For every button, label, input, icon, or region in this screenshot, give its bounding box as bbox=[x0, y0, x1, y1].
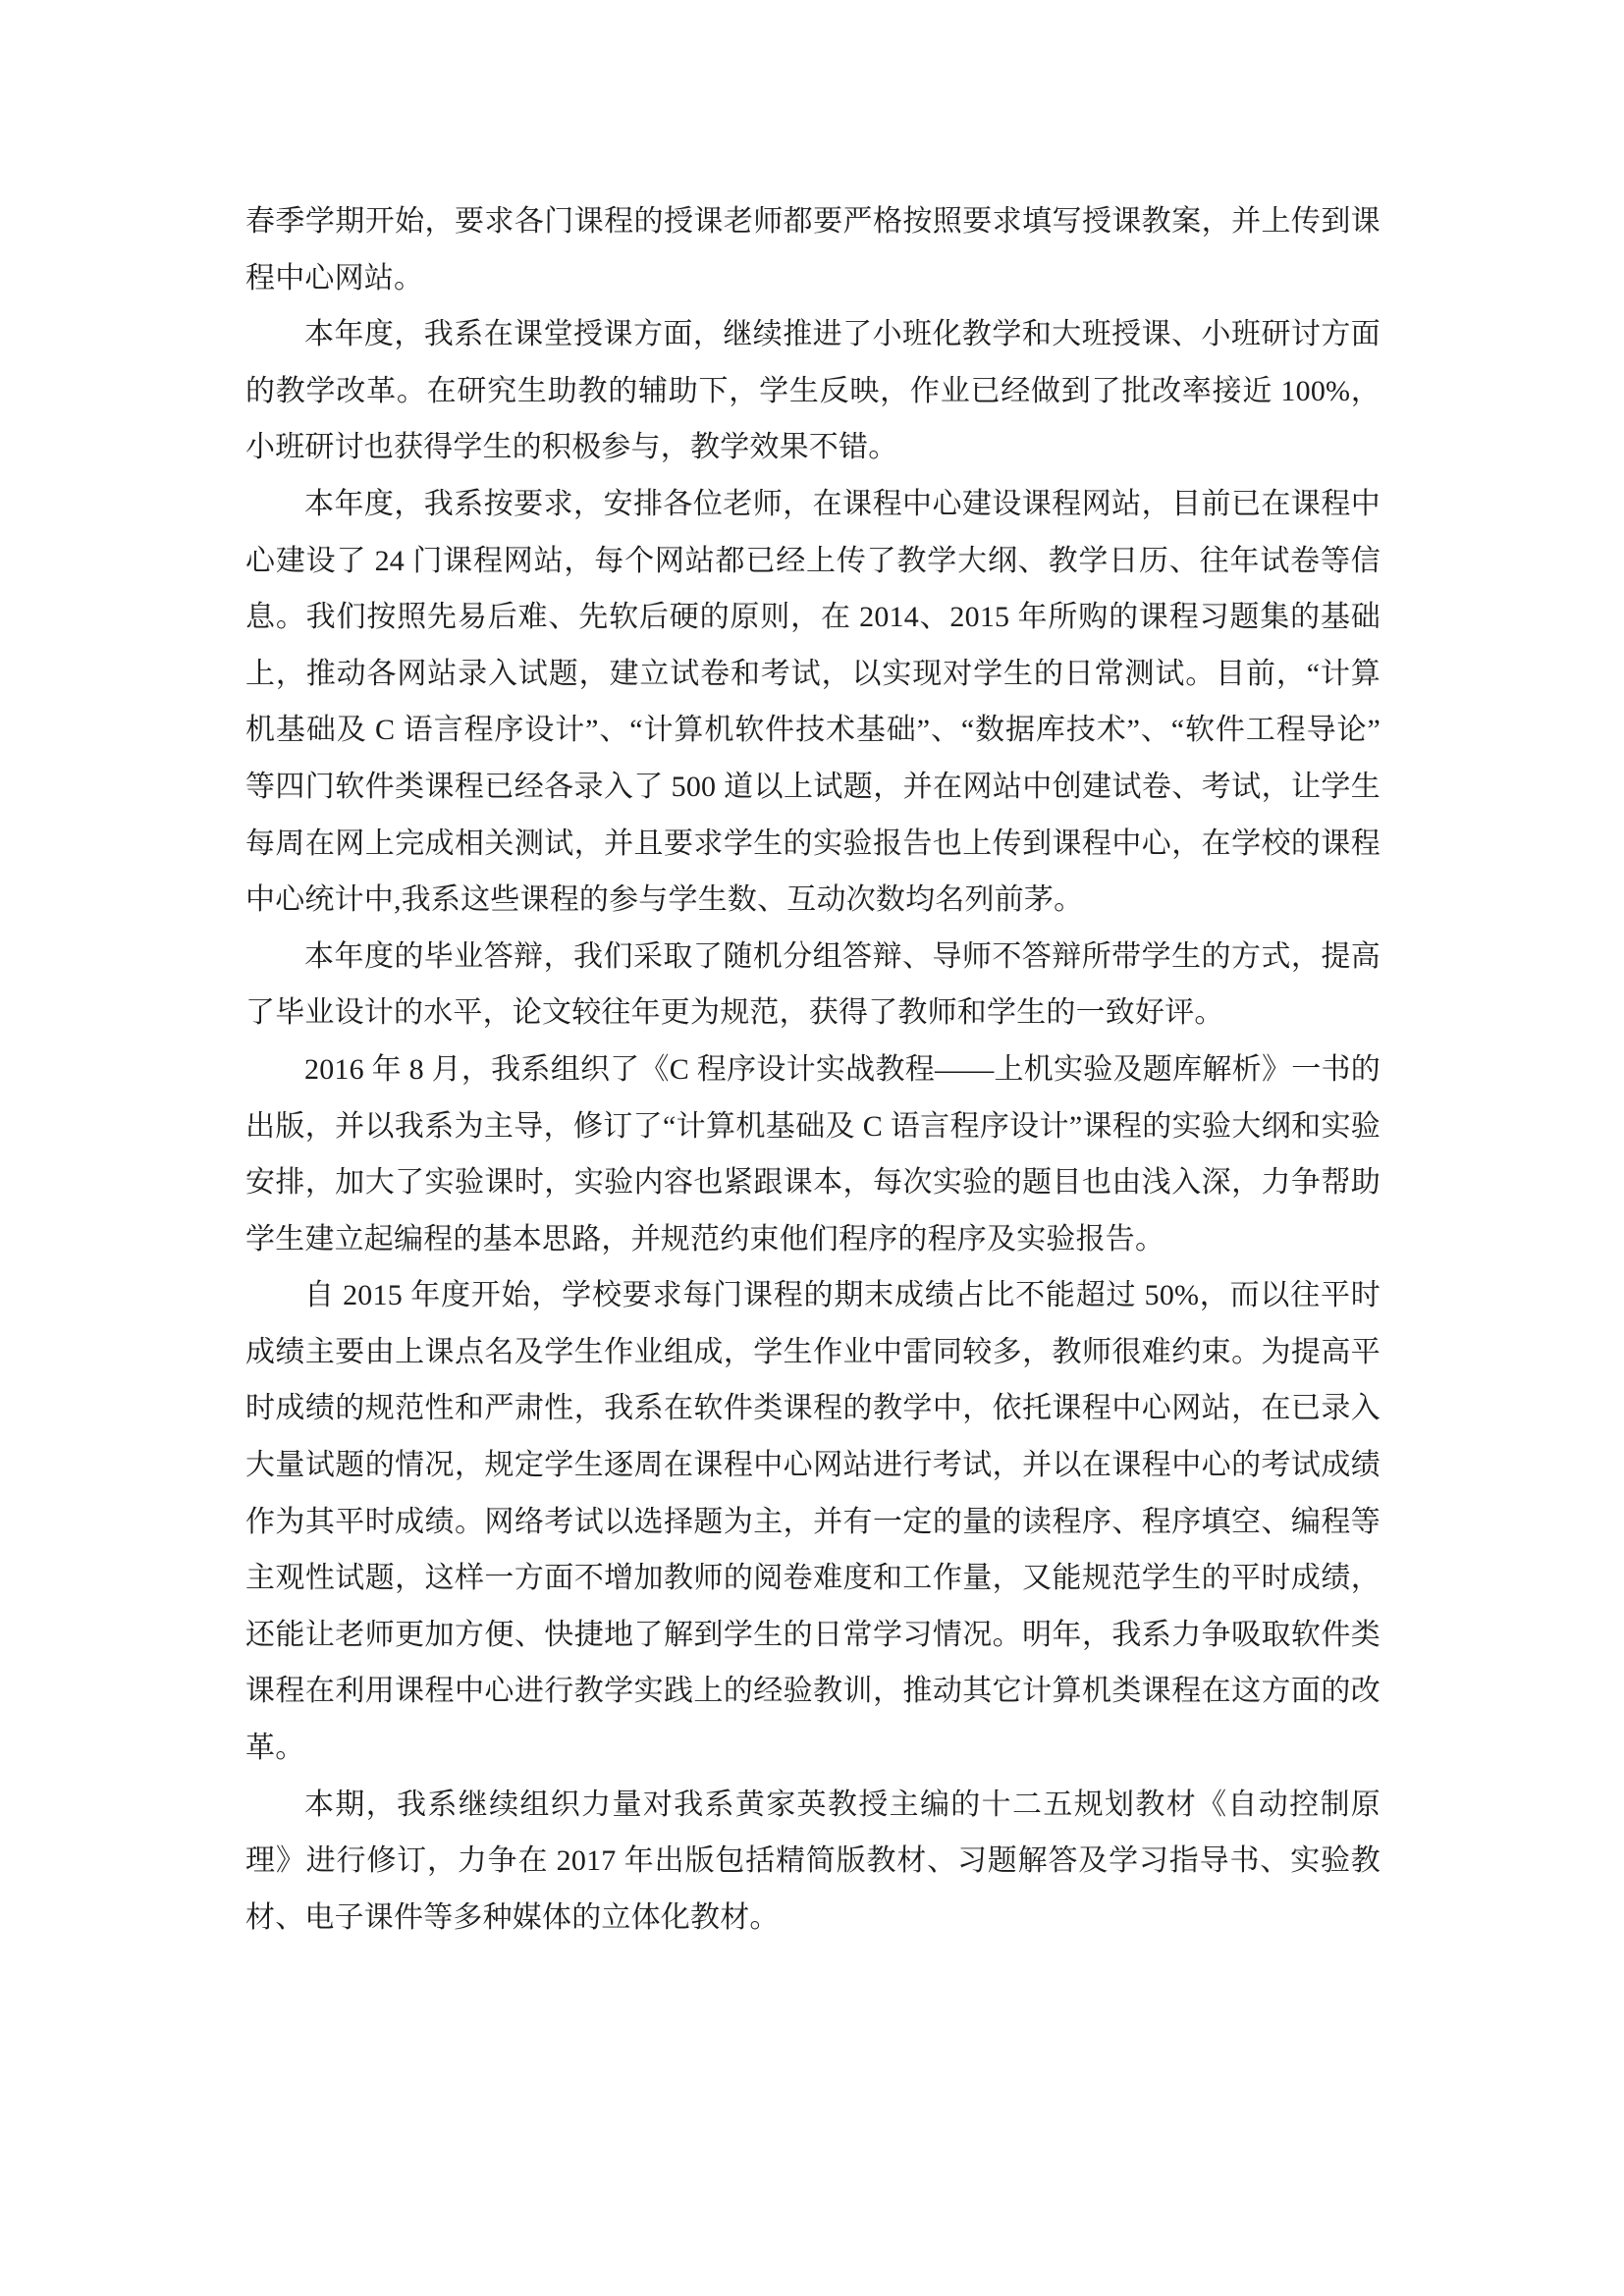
paragraph-grade-policy: 自 2015 年度开始，学校要求每门课程的期末成绩占比不能超过 50%，而以往平… bbox=[245, 1267, 1380, 1776]
paragraph-textbook-revision: 本期，我系继续组织力量对我系黄家英教授主编的十二五规划教材《自动控制原理》进行修… bbox=[245, 1777, 1380, 1947]
paragraph-course-center-websites: 本年度，我系按要求，安排各位老师，在课程中心建设课程网站，目前已在课程中心建设了… bbox=[245, 476, 1380, 929]
paragraph-graduation-defense: 本年度的毕业答辩，我们采取了随机分组答辩、导师不答辩所带学生的方式，提高了毕业设… bbox=[245, 929, 1380, 1041]
paragraph-textbook-publication: 2016 年 8 月，我系组织了《C 程序设计实战教程——上机实验及题库解析》一… bbox=[245, 1041, 1380, 1267]
document-page: 春季学期开始，要求各门课程的授课老师都要严格按照要求填写授课教案，并上传到课程中… bbox=[0, 0, 1624, 2296]
document-text-block: 春季学期开始，要求各门课程的授课老师都要严格按照要求填写授课教案，并上传到课程中… bbox=[245, 193, 1380, 1946]
paragraph-continuation: 春季学期开始，要求各门课程的授课老师都要严格按照要求填写授课教案，并上传到课程中… bbox=[245, 193, 1380, 306]
paragraph-classroom-teaching-reform: 本年度，我系在课堂授课方面，继续推进了小班化教学和大班授课、小班研讨方面的教学改… bbox=[245, 306, 1380, 476]
